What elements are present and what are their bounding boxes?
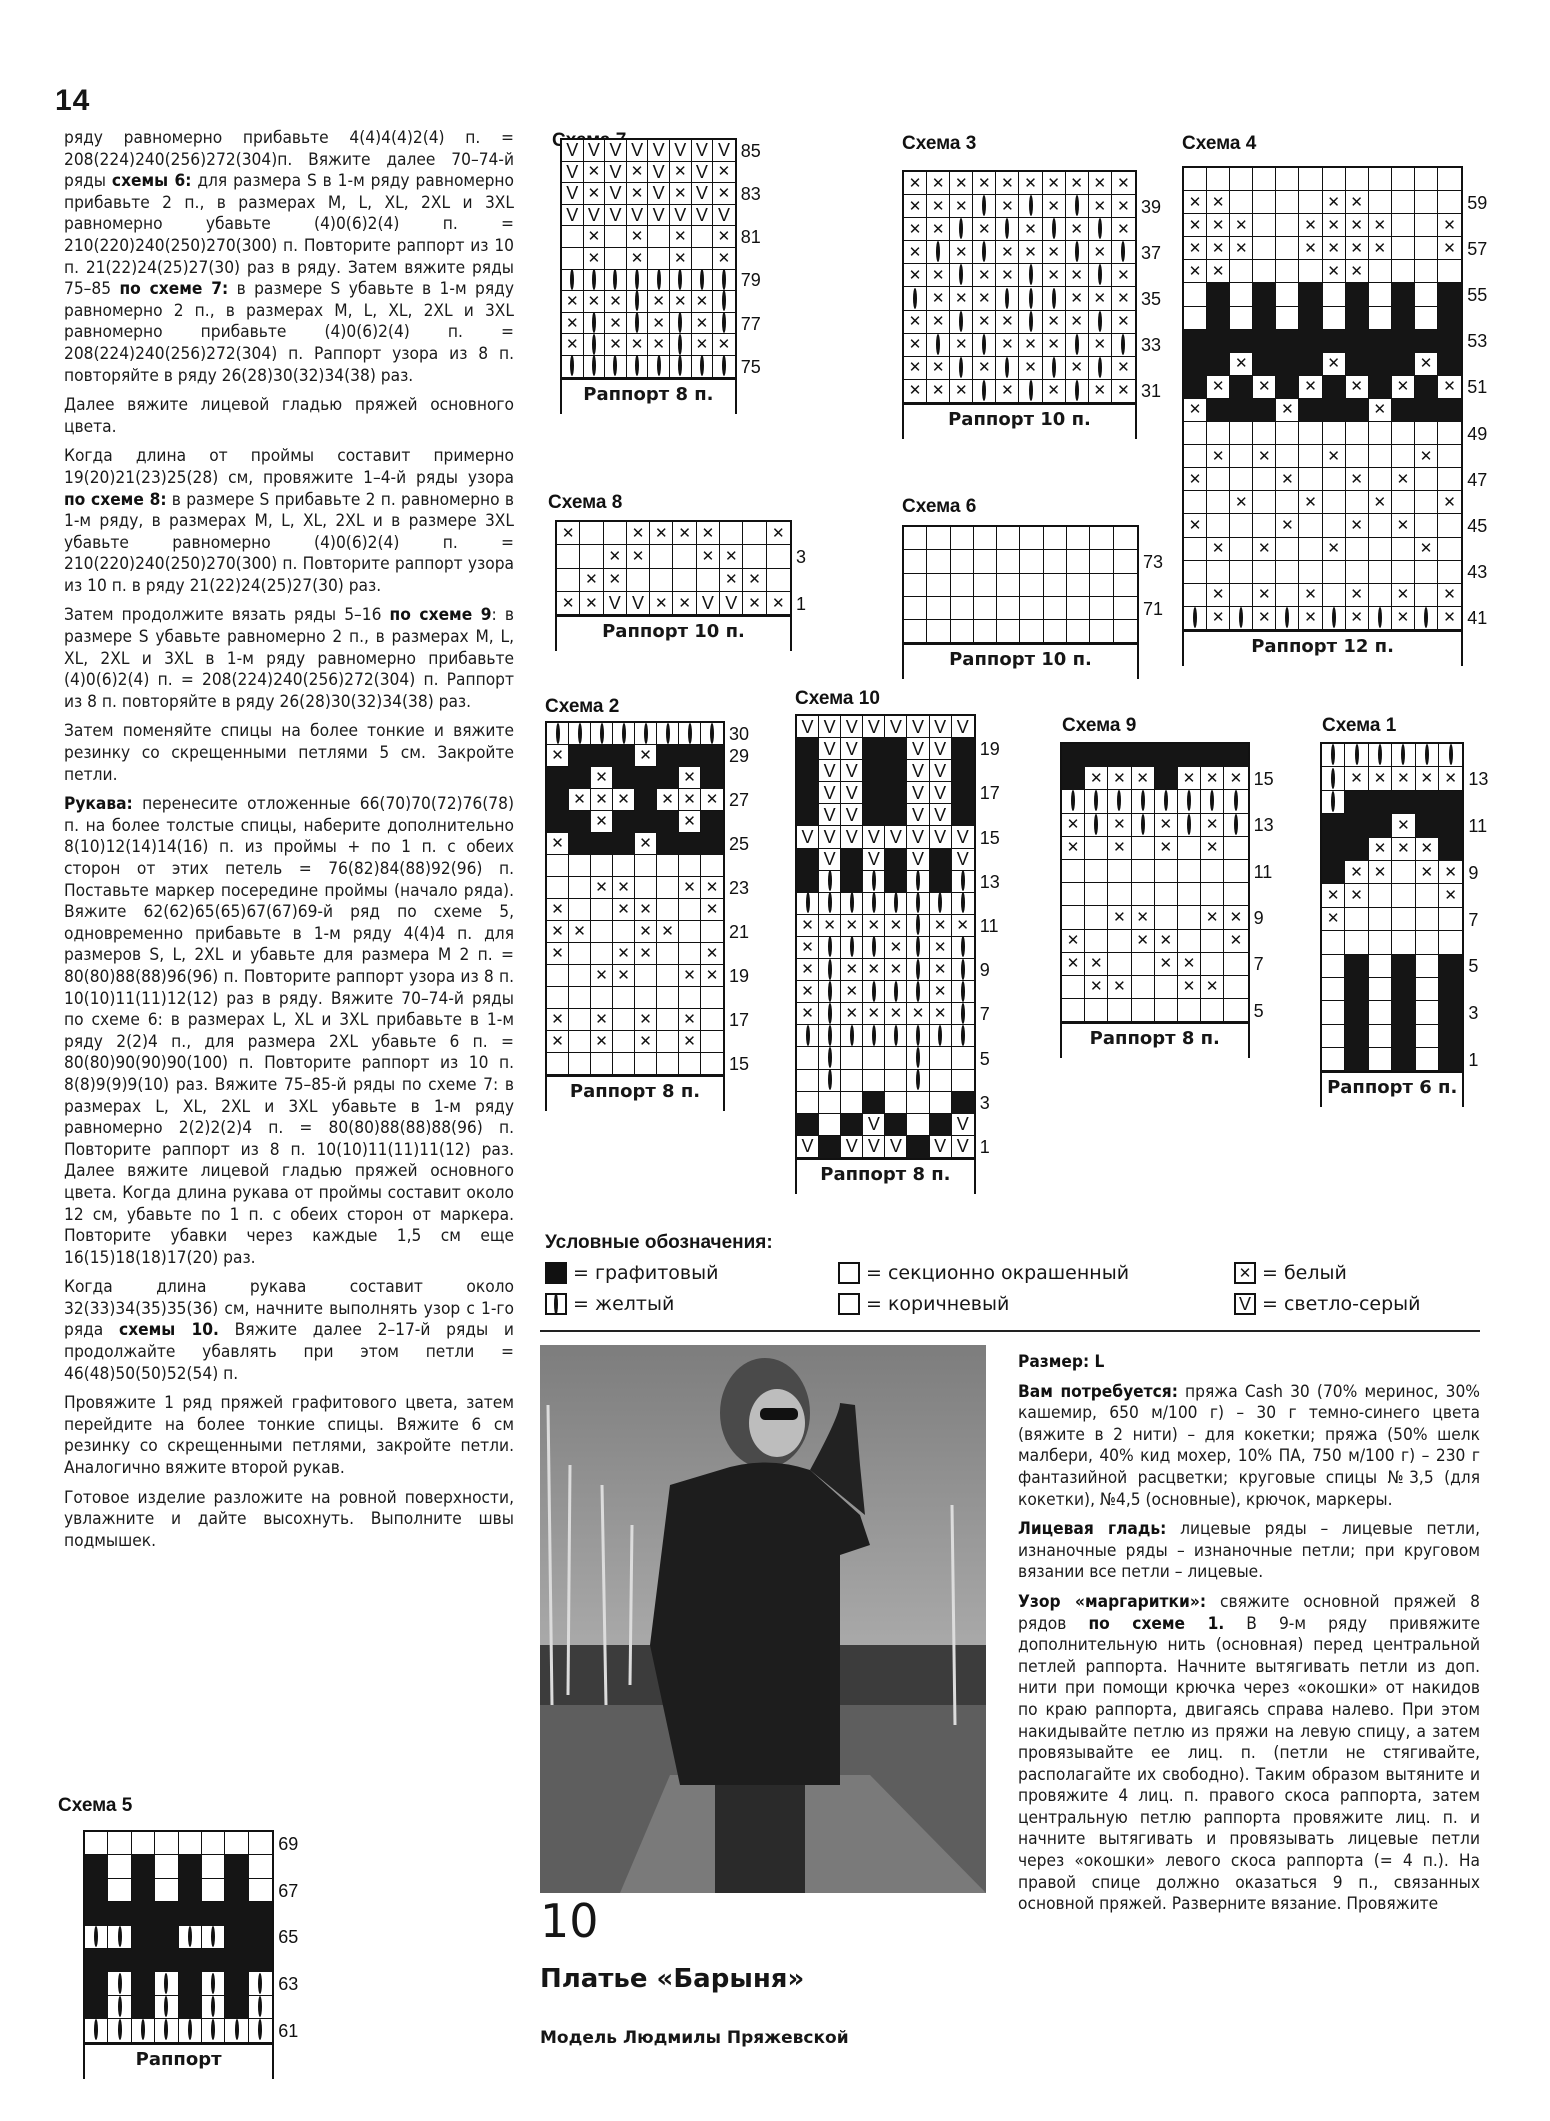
chart-cell xyxy=(225,1902,248,1925)
chart-cell xyxy=(819,1025,841,1047)
chart-cell xyxy=(249,1996,272,2019)
chart-cell xyxy=(819,959,841,981)
chart-cell xyxy=(1323,491,1346,514)
cross-symbol-icon: ✕ xyxy=(573,792,586,807)
cross-symbol-icon: ✕ xyxy=(934,918,947,933)
chart-cell xyxy=(1369,1025,1392,1048)
chart-cell xyxy=(1044,550,1067,573)
v-symbol-icon: V xyxy=(718,206,730,224)
v-symbol-icon: V xyxy=(868,828,880,846)
chart-cell: ✕ xyxy=(591,811,613,833)
chart-cell xyxy=(132,1972,155,1995)
chart-cell xyxy=(907,981,929,1003)
chart-cell xyxy=(1369,607,1392,630)
chart-cell xyxy=(1369,168,1392,191)
chart-cell xyxy=(225,1832,248,1855)
chart-cell: ✕ xyxy=(657,789,679,811)
v-symbol-icon: V xyxy=(890,1137,902,1155)
circle-symbol-icon xyxy=(916,1069,920,1090)
chart-cell xyxy=(605,356,627,378)
left-paragraph: ряду равномерно прибавьте 4(4)4(4)2(4) п… xyxy=(64,128,514,387)
chart-cell xyxy=(547,767,569,789)
cross-symbol-icon: ✕ xyxy=(801,1006,814,1021)
circle-symbol-icon xyxy=(622,723,626,744)
chart-cell xyxy=(863,1092,885,1114)
cross-symbol-icon: ✕ xyxy=(1001,337,1014,352)
cross-symbol-icon: ✕ xyxy=(1443,241,1456,256)
chart-cell: ✕ xyxy=(767,522,790,545)
chart-cell: V xyxy=(863,1114,885,1136)
v-symbol-icon: V xyxy=(934,762,946,780)
cross-symbol-icon: ✕ xyxy=(1024,360,1037,375)
chart-cell xyxy=(1020,574,1043,597)
chart-cell: ✕ xyxy=(1299,491,1322,514)
chart-cell xyxy=(841,937,863,959)
chart-cell: ✕ xyxy=(1224,906,1247,929)
chart-cell xyxy=(1438,283,1461,306)
chart-cell xyxy=(997,550,1020,573)
cross-symbol-icon: ✕ xyxy=(551,836,564,851)
chart-cell xyxy=(108,1855,131,1878)
circle-symbol-icon xyxy=(1449,744,1453,765)
chart-cell xyxy=(1207,307,1230,330)
chart-cell xyxy=(952,738,974,760)
chart-cell xyxy=(819,1136,841,1158)
chart-cell: ✕ xyxy=(1184,514,1207,537)
chart-cell xyxy=(1345,1048,1368,1071)
chart-cell xyxy=(974,597,997,620)
chart-cell xyxy=(605,226,627,248)
chart-cell: ✕ xyxy=(1207,214,1230,237)
circle-symbol-icon xyxy=(188,1926,192,1947)
v-symbol-icon: V xyxy=(846,762,858,780)
chart-cell xyxy=(701,1009,723,1031)
chart-cell xyxy=(720,522,743,545)
chart-cell: ✕ xyxy=(1066,218,1089,241)
cross-symbol-icon: ✕ xyxy=(1350,379,1363,394)
cross-symbol-icon: ✕ xyxy=(845,962,858,977)
chart-cell xyxy=(1276,283,1299,306)
chart-cell xyxy=(1438,561,1461,584)
chart-cell xyxy=(1085,999,1108,1022)
cross-symbol-icon: ✕ xyxy=(551,1034,564,1049)
circle-symbol-icon xyxy=(1285,607,1289,628)
circle-symbol-icon xyxy=(982,241,986,262)
chart-cell: V xyxy=(930,738,952,760)
chart-cell xyxy=(1438,514,1461,537)
chart-cell xyxy=(673,569,696,592)
left-paragraph: Когда длина рукава составит около 32(33)… xyxy=(64,1277,514,1385)
chart-cell xyxy=(841,1114,863,1136)
cross-symbol-icon: ✕ xyxy=(562,596,575,611)
chart-cell xyxy=(1207,468,1230,491)
chart-cell: ✕ xyxy=(927,287,950,310)
chart-cell xyxy=(1416,1025,1439,1048)
rapport-label: Раппорт 10 п. xyxy=(902,405,1137,439)
chart-cell: ✕ xyxy=(591,767,613,789)
row-number: 51 xyxy=(1467,377,1487,398)
chart-cell xyxy=(1392,330,1415,353)
chart-cell: ✕ xyxy=(679,1009,701,1031)
cross-symbol-icon: ✕ xyxy=(1070,314,1083,329)
circle-symbol-icon xyxy=(936,334,940,355)
chart-cell xyxy=(1438,168,1461,191)
chart-cell: V xyxy=(692,140,714,162)
chart-cell: ✕ xyxy=(1392,814,1415,837)
chart-cell xyxy=(1369,330,1392,353)
circle-symbol-icon xyxy=(938,892,942,913)
chart-cell xyxy=(973,195,996,218)
chart-cell xyxy=(1276,168,1299,191)
row-number: 17 xyxy=(980,783,1000,804)
rapport-label: Раппорт 10 п. xyxy=(902,645,1139,679)
v-symbol-icon: V xyxy=(725,594,737,612)
chart-cell xyxy=(635,855,657,877)
chart-cell xyxy=(635,767,657,789)
circle-symbol-icon xyxy=(94,2019,98,2040)
chart-cell xyxy=(930,1025,952,1047)
cross-symbol-icon: ✕ xyxy=(566,316,579,331)
chart-cell xyxy=(1369,744,1392,767)
row-number: 11 xyxy=(1254,862,1273,883)
chart-cell: ✕ xyxy=(627,248,649,270)
chart-cell xyxy=(1090,527,1113,550)
chart-cell xyxy=(1230,191,1253,214)
cross-symbol-icon: ✕ xyxy=(1420,449,1433,464)
chart-cell xyxy=(1201,744,1224,767)
chart-cell xyxy=(996,287,1019,310)
chart-cell xyxy=(1155,999,1178,1022)
chart-cell xyxy=(904,620,927,643)
cross-symbol-icon: ✕ xyxy=(725,549,738,564)
left-paragraph: Когда длина от проймы составит примерно … xyxy=(64,446,514,597)
cross-symbol-icon: ✕ xyxy=(1189,264,1202,279)
chart-cell: ✕ xyxy=(713,334,735,356)
chart-cell xyxy=(1415,260,1438,283)
chart-cell xyxy=(1178,883,1201,906)
cross-symbol-icon: ✕ xyxy=(1047,383,1060,398)
cross-symbol-icon: ✕ xyxy=(1001,245,1014,260)
chart-cell: ✕ xyxy=(1089,195,1112,218)
row-number: 11 xyxy=(980,916,999,937)
chart-cell: V xyxy=(841,716,863,738)
chart-cell xyxy=(1392,744,1415,767)
chart-cell xyxy=(1323,330,1346,353)
v-symbol-icon: V xyxy=(609,594,621,612)
chart-cell xyxy=(1392,237,1415,260)
chart-cell: ✕ xyxy=(1392,514,1415,537)
chart-cell: ✕ xyxy=(1178,953,1201,976)
chart-cell xyxy=(1253,399,1276,422)
chart-cell: ✕ xyxy=(673,592,696,615)
chart-grid: ✕✕✕✕✕✕✕✕✕✕✕✕✕✕✕✕✕✕✕✕✕✕✕✕✕✕✕✕✕✕✕✕✕✕✕✕✕✕✕✕… xyxy=(902,170,1137,405)
cross-symbol-icon: ✕ xyxy=(683,880,696,895)
chart-cell xyxy=(670,270,692,292)
circle-symbol-icon xyxy=(258,2019,262,2040)
chart-cell: ✕ xyxy=(1155,953,1178,976)
chart-cell xyxy=(1345,744,1368,767)
chart-cell xyxy=(591,987,613,1009)
chart-cell xyxy=(1322,1001,1345,1024)
v-symbol-icon: V xyxy=(868,1137,880,1155)
chart-cell xyxy=(1322,767,1345,790)
chart-cell: ✕ xyxy=(720,545,743,568)
row-number: 21 xyxy=(729,922,749,943)
chart-cell: ✕ xyxy=(1085,976,1108,999)
chart-cell xyxy=(1392,491,1415,514)
chart-cell xyxy=(202,1972,225,1995)
chart-cell xyxy=(569,1009,591,1031)
cross-symbol-icon: ✕ xyxy=(1001,199,1014,214)
chart-cell xyxy=(1043,218,1066,241)
chart-cell xyxy=(904,550,927,573)
left-paragraph: Затем продолжите вязать ряды 5–16 по схе… xyxy=(64,605,514,713)
chart-cell xyxy=(679,855,701,877)
circle-symbol-icon xyxy=(828,870,832,891)
chart-cell: ✕ xyxy=(1369,838,1392,861)
chart-cell xyxy=(225,1996,248,2019)
cross-symbol-icon: ✕ xyxy=(748,596,761,611)
chart-cell xyxy=(1322,1048,1345,1071)
row-number: 5 xyxy=(980,1049,990,1070)
row-number: 75 xyxy=(741,357,761,378)
chart-cell xyxy=(701,921,723,943)
chart-cell: ✕ xyxy=(547,943,569,965)
chart-cell: ✕ xyxy=(1201,767,1224,790)
chart-cell xyxy=(627,569,650,592)
cross-symbol-icon: ✕ xyxy=(595,1034,608,1049)
cross-symbol-icon: ✕ xyxy=(772,596,785,611)
chart-cell: ✕ xyxy=(627,226,649,248)
chart-cell xyxy=(202,1902,225,1925)
chart-cell xyxy=(85,1996,108,2019)
chart-cell: ✕ xyxy=(1062,837,1085,860)
chart-cell: ✕ xyxy=(547,833,569,855)
chart-cell: ✕ xyxy=(627,334,649,356)
circle-symbol-icon xyxy=(1052,357,1056,378)
cross-symbol-icon: ✕ xyxy=(1001,314,1014,329)
row-number: 13 xyxy=(1254,815,1274,836)
chart-cell xyxy=(1201,883,1224,906)
chart-cell: ✕ xyxy=(657,921,679,943)
chart-cell xyxy=(657,745,679,767)
chart-cell: V xyxy=(885,826,907,848)
chart-cell xyxy=(648,270,670,292)
row-number: 5 xyxy=(1254,1001,1264,1022)
chart-cell xyxy=(1020,550,1043,573)
chart-cell xyxy=(562,226,584,248)
chart-cell: ✕ xyxy=(1066,264,1089,287)
chart-cell xyxy=(1062,906,1085,929)
cross-symbol-icon: ✕ xyxy=(696,294,709,309)
chart-cell: ✕ xyxy=(904,380,927,403)
chart-cell: ✕ xyxy=(1043,311,1066,334)
circle-symbol-icon xyxy=(722,355,726,376)
row-number: 47 xyxy=(1467,470,1487,491)
circle-symbol-icon xyxy=(635,312,639,333)
v-symbol-icon: V xyxy=(868,1115,880,1133)
v-symbol-icon: V xyxy=(824,740,836,758)
legend-symbol-icon xyxy=(838,1262,860,1284)
chart-cell xyxy=(613,767,635,789)
chart-cell: ✕ xyxy=(1299,214,1322,237)
cross-symbol-icon: ✕ xyxy=(955,176,968,191)
chart-cell xyxy=(907,937,929,959)
cross-symbol-icon: ✕ xyxy=(1397,818,1410,833)
chart-cell xyxy=(547,877,569,899)
circle-symbol-icon xyxy=(613,355,617,376)
cross-symbol-icon: ✕ xyxy=(1206,817,1219,832)
cross-symbol-icon: ✕ xyxy=(1443,495,1456,510)
cross-symbol-icon: ✕ xyxy=(934,1006,947,1021)
cross-symbol-icon: ✕ xyxy=(868,962,881,977)
chart-cell: ✕ xyxy=(1062,953,1085,976)
chart-cell xyxy=(613,1053,635,1075)
chart-cell xyxy=(1184,538,1207,561)
row-number: 5 xyxy=(1468,956,1478,977)
chart-cell: ✕ xyxy=(1089,172,1112,195)
chart-cell: ✕ xyxy=(584,291,606,313)
chart-cell xyxy=(569,899,591,921)
chart-cell xyxy=(1322,791,1345,814)
chart-cell xyxy=(1230,538,1253,561)
cross-symbol-icon: ✕ xyxy=(551,924,564,939)
v-symbol-icon: V xyxy=(566,141,578,159)
chart-cell xyxy=(1416,791,1439,814)
cross-symbol-icon: ✕ xyxy=(1235,218,1248,233)
circle-symbol-icon xyxy=(1094,790,1098,811)
cross-symbol-icon: ✕ xyxy=(1420,865,1433,880)
cross-symbol-icon: ✕ xyxy=(1160,817,1173,832)
row-number: 45 xyxy=(1467,516,1487,537)
cross-symbol-icon: ✕ xyxy=(566,337,579,352)
chart-cell xyxy=(1253,422,1276,445)
chart-cell xyxy=(225,1949,248,1972)
chart-cell xyxy=(1299,561,1322,584)
circle-symbol-icon xyxy=(613,269,617,290)
chart-cell xyxy=(580,522,603,545)
chart-cell xyxy=(1276,561,1299,584)
chart-cell: ✕ xyxy=(679,965,701,987)
chart-cell xyxy=(657,1009,679,1031)
circle-symbol-icon xyxy=(118,1926,122,1947)
chart-cell xyxy=(1066,380,1089,403)
cross-symbol-icon: ✕ xyxy=(718,337,731,352)
chart-cell xyxy=(1299,260,1322,283)
chart-cell xyxy=(863,1070,885,1092)
chart-cell xyxy=(1392,191,1415,214)
chart-cell: V xyxy=(713,205,735,227)
chart-cell: ✕ xyxy=(1132,767,1155,790)
chart-cell: ✕ xyxy=(1438,584,1461,607)
left-paragraph: Готовое изделие разложите на ровной пове… xyxy=(64,1488,514,1553)
chart-cell xyxy=(657,767,679,789)
chart-cell xyxy=(569,767,591,789)
chart-cell xyxy=(679,745,701,767)
chart-cell xyxy=(627,356,649,378)
chart-cell: V xyxy=(670,140,692,162)
chart-cell: ✕ xyxy=(650,592,673,615)
chart-cell: ✕ xyxy=(1066,357,1089,380)
chart-cell xyxy=(1346,307,1369,330)
chart-cell: ✕ xyxy=(797,959,819,981)
chart-cell xyxy=(1253,237,1276,260)
circle-symbol-icon xyxy=(141,2019,145,2040)
chart-cell xyxy=(974,574,997,597)
chart-cell xyxy=(1276,491,1299,514)
chart-cell: ✕ xyxy=(1155,814,1178,837)
chart-cell: ✕ xyxy=(670,183,692,205)
chart-cell: V xyxy=(819,849,841,871)
row-number: 67 xyxy=(278,1881,298,1902)
legend-label: = коричневый xyxy=(866,1293,1009,1315)
chart-cell xyxy=(1438,422,1461,445)
right-paragraph: Узор «маргаритки»: свяжите основной пряж… xyxy=(1018,1592,1480,1916)
v-symbol-icon: V xyxy=(674,141,686,159)
circle-symbol-icon xyxy=(961,959,965,980)
chart-cell: ✕ xyxy=(1438,214,1461,237)
chart-cell xyxy=(1415,283,1438,306)
cross-symbol-icon: ✕ xyxy=(1397,379,1410,394)
chart-cell xyxy=(951,550,974,573)
row-number: 27 xyxy=(729,790,749,811)
chart-cell xyxy=(1207,491,1230,514)
chart-cell xyxy=(1184,168,1207,191)
chart-cell xyxy=(1369,538,1392,561)
chart-cell xyxy=(1089,218,1112,241)
chart-cell: ✕ xyxy=(797,981,819,1003)
cross-symbol-icon: ✕ xyxy=(1067,840,1080,855)
row-number: 77 xyxy=(741,314,761,335)
chart-cell xyxy=(1132,814,1155,837)
cross-symbol-icon: ✕ xyxy=(566,294,579,309)
chart-cell xyxy=(1415,330,1438,353)
v-symbol-icon: V xyxy=(846,718,858,736)
chart-cell xyxy=(1322,838,1345,861)
chart-cell: ✕ xyxy=(1089,241,1112,264)
chart-cell xyxy=(1369,468,1392,491)
circle-symbol-icon xyxy=(118,1973,122,1994)
chart-cell: ✕ xyxy=(1207,191,1230,214)
chart-cell: ✕ xyxy=(1369,767,1392,790)
v-symbol-icon: V xyxy=(802,1137,814,1155)
cross-symbol-icon: ✕ xyxy=(1212,541,1225,556)
legend-symbol-icon xyxy=(838,1293,860,1315)
cross-symbol-icon: ✕ xyxy=(801,962,814,977)
chart-cell xyxy=(1346,399,1369,422)
chart-cell: ✕ xyxy=(635,1009,657,1031)
legend-symbol-icon: ✕ xyxy=(1234,1262,1256,1284)
cross-symbol-icon: ✕ xyxy=(617,968,630,983)
cross-symbol-icon: ✕ xyxy=(706,968,719,983)
chart-cell: ✕ xyxy=(973,172,996,195)
chart-cell: V xyxy=(797,1136,819,1158)
circle-symbol-icon xyxy=(710,723,714,744)
cross-symbol-icon: ✕ xyxy=(639,1012,652,1027)
chart-cell xyxy=(767,545,790,568)
chart-cell xyxy=(743,522,766,545)
cross-symbol-icon: ✕ xyxy=(909,245,922,260)
chart-cell xyxy=(1323,376,1346,399)
chart-cell: ✕ xyxy=(1438,607,1461,630)
circle-symbol-icon xyxy=(828,1069,832,1090)
chart-cell: ✕ xyxy=(701,943,723,965)
cross-symbol-icon: ✕ xyxy=(955,337,968,352)
chart-cell xyxy=(155,1902,178,1925)
chart-cell: ✕ xyxy=(1346,468,1369,491)
chart-cell: ✕ xyxy=(1201,906,1224,929)
cross-symbol-icon: ✕ xyxy=(772,526,785,541)
